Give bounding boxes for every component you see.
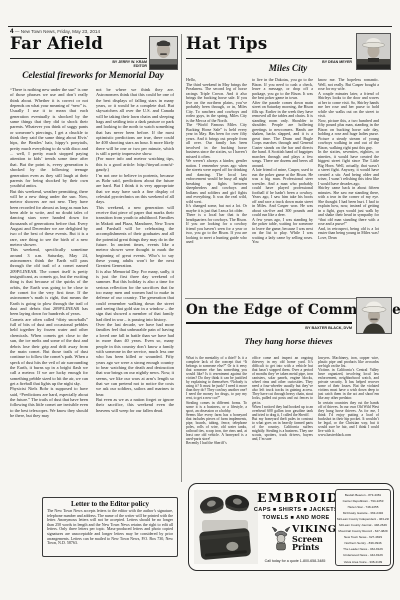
far-afield-rule xyxy=(10,58,147,59)
common-sense-byline: BY BAXTER BLACK, DVM xyxy=(250,326,352,330)
ad-phone-line: Call today for a quote 1-800-658-3485 xyxy=(247,559,343,563)
viking-mascot-icon xyxy=(271,526,291,552)
hat-tips-rule xyxy=(186,58,352,59)
caps-jacket-photo-image xyxy=(194,490,258,564)
common-sense-column-2: office come and inspect an ongoing thiev… xyxy=(252,356,313,481)
ad-brand-prints: Prints xyxy=(292,543,336,551)
common-sense-headline: They hang horse thieves xyxy=(185,336,392,346)
ad-title: EMBROIDERY xyxy=(257,490,335,505)
far-afield-byline: BY JERRY W. KRAM EDITOR xyxy=(60,60,147,68)
paper-line: Underwood News - 442-8126 xyxy=(337,552,389,558)
letter-policy-body: The New Town News accepts letters to the… xyxy=(47,509,173,546)
hat-tips-column-1: Hello, The third weekend in May brings t… xyxy=(186,78,247,294)
far-afield-banner: Far Afield xyxy=(10,34,103,53)
common-sense-rule xyxy=(186,322,352,324)
editor-photo xyxy=(149,36,178,70)
far-afield-column-1: “There is nothing new under the sun” is … xyxy=(10,87,88,493)
hat-tips-headline: Miles City xyxy=(186,63,390,73)
paper-line: Velva Area Voice - 338-2199 xyxy=(337,559,389,565)
newspaper-page: 4 — New Town News, Friday, May 23, 2014 … xyxy=(0,0,400,600)
far-afield-headline: Celestial fireworks for Memorial Day xyxy=(8,70,178,80)
hat-tips-column-2: to live in the Dakotas, you go to the Bi… xyxy=(252,78,313,294)
caps-jacket-photo xyxy=(194,490,258,564)
baxter-black-photo xyxy=(356,297,392,334)
ad-brand-block: VIKING Screen Prints xyxy=(292,525,336,551)
column-divider xyxy=(181,34,182,482)
letter-policy-box: Letter to the Editor policy The New Town… xyxy=(42,497,178,557)
letter-policy-title: Letter to the Editor policy xyxy=(47,500,173,508)
viking-mascot-image xyxy=(271,526,291,552)
common-sense-column-1: What is the mentality of a thief? Is it … xyxy=(186,356,247,481)
newspaper-list-box: Beulah Beacon - 873-4381 Center Republic… xyxy=(335,489,391,566)
top-rule xyxy=(8,26,392,27)
ad-products-line-1: CAPS ■ SHIRTS ■ JACKETS xyxy=(253,507,339,513)
editor-photo-image xyxy=(150,37,177,69)
hat-tips-column-3: know me. The hopeless romantic. Well, no… xyxy=(318,78,379,294)
ad-products-line-2: TOWELS ■ AND MORE xyxy=(253,515,339,521)
common-sense-column-3: lawyers. Machinery, iron, copper wire, p… xyxy=(318,356,379,481)
baxter-black-photo-image xyxy=(357,298,391,333)
hat-tips-banner: Hat Tips xyxy=(186,34,267,53)
embroidery-ad: EMBROIDERY CAPS ■ SHIRTS ■ JACKETS TOWEL… xyxy=(188,483,394,571)
far-afield-column-2: not be where we think they are. Astronom… xyxy=(96,87,174,493)
